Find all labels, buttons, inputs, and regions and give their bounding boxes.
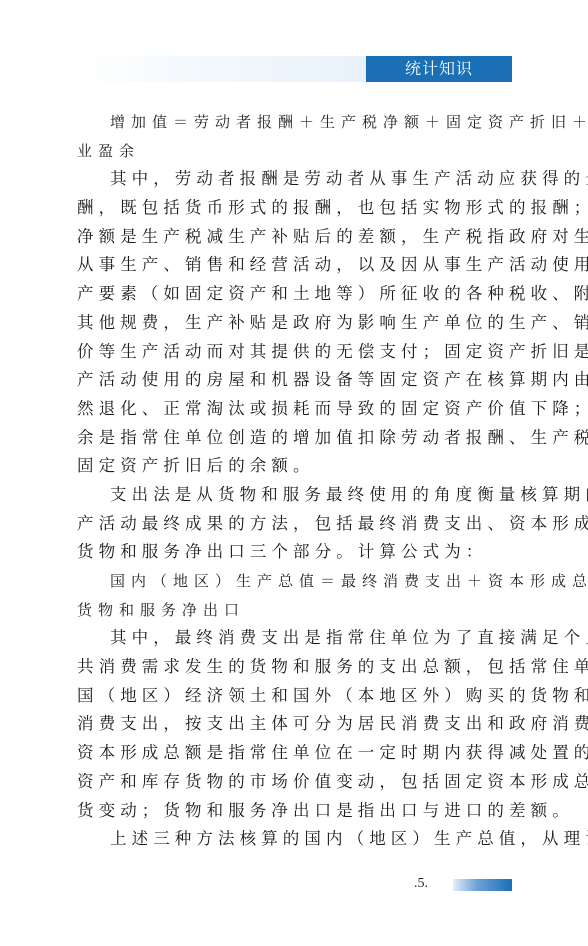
paragraph-line: 其中，最终消费支出是指常住单位为了直接满足个人或公 <box>77 624 513 653</box>
paragraph-line: 货变动；货物和服务净出口是指出口与进口的差额。 <box>77 797 513 826</box>
paragraph-line: 其他规费，生产补贴是政府为影响生产单位的生产、销售及定 <box>77 309 513 338</box>
paragraph-line: 固定资产折旧后的余额。 <box>77 452 513 481</box>
paragraph-line: 产活动使用的房屋和机器设备等固定资产在核算期内由于自 <box>77 366 513 395</box>
paragraph-line: 货物和服务净出口三个部分。计算公式为： <box>77 538 513 567</box>
paragraph-line: 产要素（如固定资产和土地等）所征收的各种税收、附加费和 <box>77 280 513 309</box>
paragraph-line: 酬，既包括货币形式的报酬，也包括实物形式的报酬；生产税 <box>77 194 513 223</box>
paragraph-line: 资本形成总额是指常住单位在一定时期内获得减处置的固定 <box>77 739 513 768</box>
header-gradient-band <box>78 56 366 82</box>
footer-gradient-bar <box>453 879 512 891</box>
paragraph-line: 然退化、正常淘汰或损耗而导致的固定资产价值下降；营业盈 <box>77 395 513 424</box>
paragraph-line: 共消费需求发生的货物和服务的支出总额，包括常住单位从本 <box>77 653 513 682</box>
paragraph-line: 余是指常住单位创造的增加值扣除劳动者报酬、生产税净额和 <box>77 424 513 453</box>
formula-line: 国内（地区）生产总值＝最终消费支出＋资本形成总额＋ <box>77 567 513 596</box>
paragraph-line: 产活动最终成果的方法，包括最终消费支出、资本形成总额与 <box>77 510 513 539</box>
paragraph-line: 支出法是从货物和服务最终使用的角度衡量核算期内生 <box>77 481 513 510</box>
paragraph-line: 消费支出，按支出主体可分为居民消费支出和政府消费支出； <box>77 710 513 739</box>
paragraph-line: 上述三种方法核算的国内（地区）生产总值，从理论上讲 <box>77 825 513 854</box>
paragraph-line: 资产和库存货物的市场价值变动，包括固定资本形成总额和存 <box>77 768 513 797</box>
page-number: .5. <box>414 876 428 892</box>
article-body: 增加值＝劳动者报酬＋生产税净额＋固定资产折旧＋营 业盈余 其中，劳动者报酬是劳动… <box>77 108 513 854</box>
section-label: 统计知识 <box>366 56 512 82</box>
formula-line: 增加值＝劳动者报酬＋生产税净额＋固定资产折旧＋营 <box>77 108 513 137</box>
formula-line: 货物和服务净出口 <box>77 596 513 625</box>
paragraph-line: 净额是生产税减生产补贴后的差额，生产税指政府对生产单位 <box>77 223 513 252</box>
paragraph-line: 国（地区）经济领土和国外（本地区外）购买的货物和服务的 <box>77 682 513 711</box>
paragraph-line: 价等生产活动而对其提供的无偿支付；固定资产折旧是从事生 <box>77 338 513 367</box>
formula-line: 业盈余 <box>77 137 513 166</box>
paragraph-line: 其中，劳动者报酬是劳动者从事生产活动应获得的全部报 <box>77 165 513 194</box>
paragraph-line: 从事生产、销售和经营活动，以及因从事生产活动使用某些生 <box>77 251 513 280</box>
